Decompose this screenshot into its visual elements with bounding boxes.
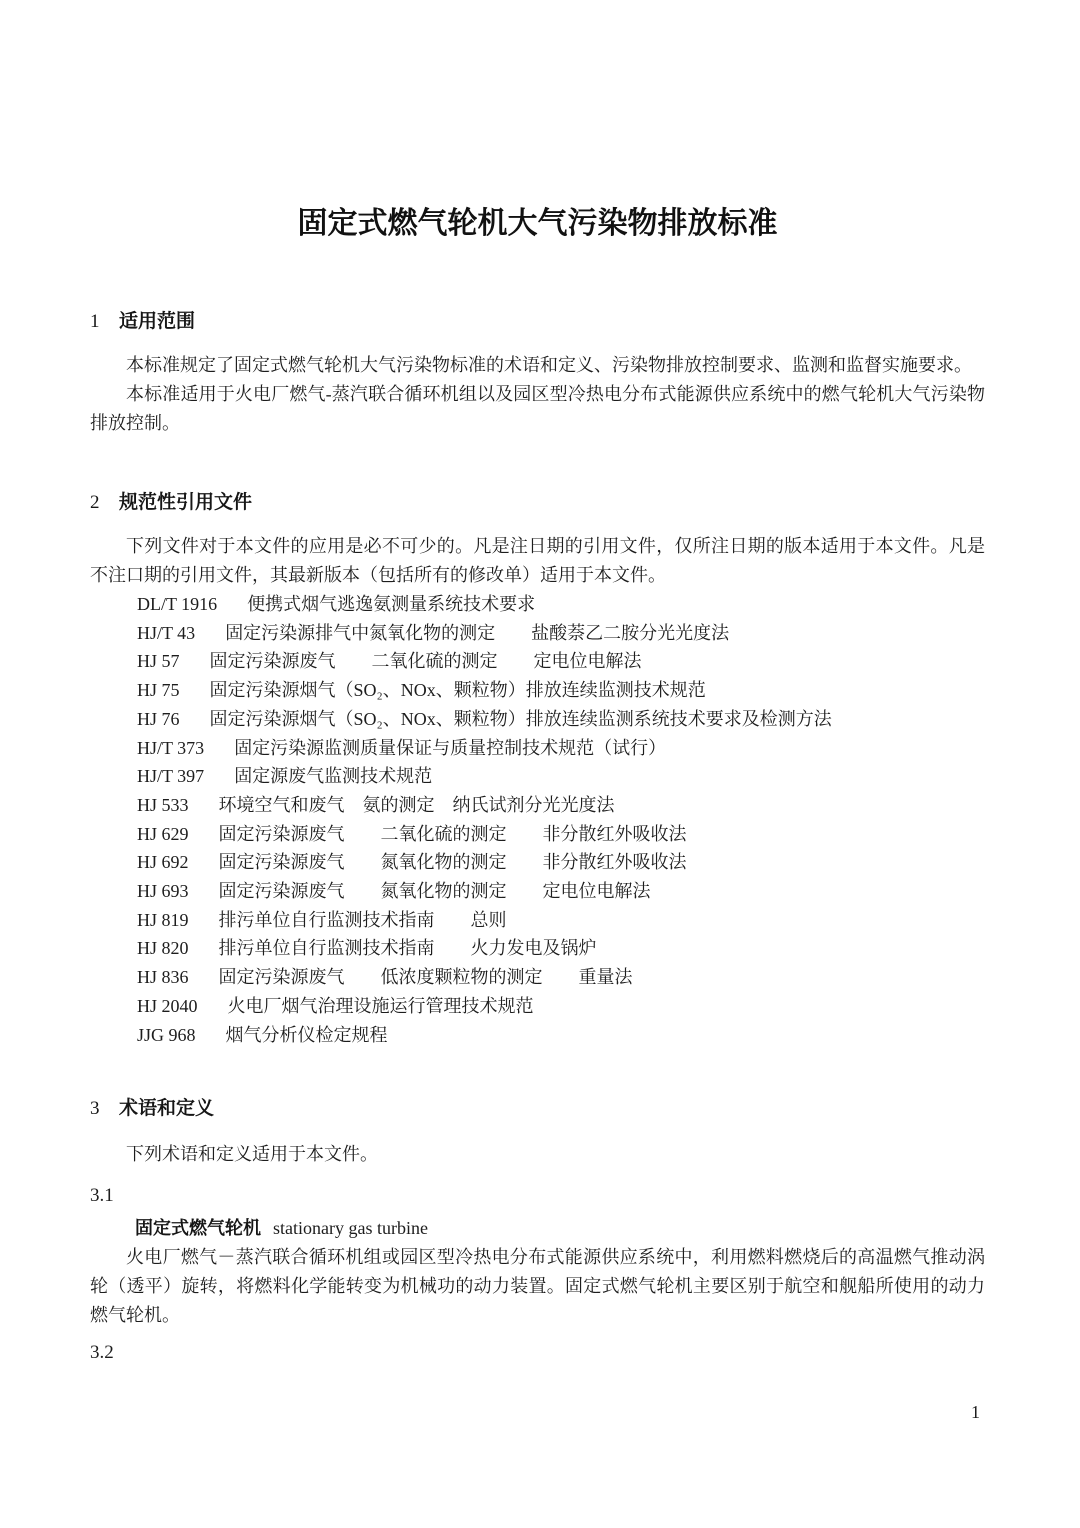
term-chinese: 固定式燃气轮机 [135,1218,261,1238]
reference-item: HJ 76固定污染源烟气（SO₂、NOx、颗粒物）排放连续监测系统技术要求及检测… [90,705,985,734]
reference-title: 固定污染源监测质量保证与质量控制技术规范（试行） [234,738,666,758]
section-1-number: 1 [90,309,102,335]
reference-title: 固定污染源废气 二氧化硫的测定 定电位电解法 [210,651,642,671]
section-3-intro: 下列术语和定义适用于本文件。 [90,1140,985,1169]
reference-item: HJ 2040火电厂烟气治理设施运行管理技术规范 [90,992,985,1021]
reference-code: HJ 57 [137,651,180,671]
reference-title: 固定源废气监测技术规范 [234,766,432,786]
reference-code: HJ 629 [137,824,189,844]
reference-code: HJ/T 43 [137,623,195,643]
reference-item: HJ/T 43固定污染源排气中氮氧化物的测定 盐酸萘乙二胺分光光度法 [90,619,985,648]
reference-code: HJ 2040 [137,996,198,1016]
section-1-paragraph-2: 本标准适用于火电厂燃气-蒸汽联合循环机组以及园区型冷热电分布式能源供应系统中的燃… [90,380,985,438]
reference-item: HJ 692固定污染源废气 氮氧化物的测定 非分散红外吸收法 [90,848,985,877]
term-english: stationary gas turbine [273,1218,428,1238]
reference-code: DL/T 1916 [137,594,217,614]
reference-code: HJ 692 [137,852,189,872]
reference-title: 便携式烟气逃逸氨测量系统技术要求 [247,594,535,614]
document-title: 固定式燃气轮机大气污染物排放标准 [90,205,985,243]
section-1-heading: 1 适用范围 [90,309,985,335]
clause-3-1-term: 固定式燃气轮机stationary gas turbine [90,1215,985,1241]
section-2-number: 2 [90,490,102,516]
reference-title: 固定污染源烟气（SO₂、NOx、颗粒物）排放连续监测技术规范 [210,680,706,700]
reference-item: DL/T 1916便携式烟气逃逸氨测量系统技术要求 [90,590,985,619]
reference-code: HJ 820 [137,938,189,958]
section-3-number: 3 [90,1096,102,1122]
reference-title: 烟气分析仪检定规程 [226,1025,388,1045]
reference-item: HJ 75固定污染源烟气（SO₂、NOx、颗粒物）排放连续监测技术规范 [90,676,985,705]
section-3-heading: 3 术语和定义 [90,1096,985,1122]
reference-item: JJG 968烟气分析仪检定规程 [90,1021,985,1050]
reference-item: HJ 819排污单位自行监测技术指南 总则 [90,906,985,935]
section-2-heading: 2 规范性引用文件 [90,490,985,516]
reference-code: HJ 819 [137,910,189,930]
reference-code: HJ/T 397 [137,766,204,786]
page-number: 1 [971,1400,980,1424]
reference-code: HJ 75 [137,680,180,700]
reference-item: HJ 57固定污染源废气 二氧化硫的测定 定电位电解法 [90,647,985,676]
clause-3-2-number: 3.2 [90,1340,985,1366]
reference-title: 固定污染源排气中氮氧化物的测定 盐酸萘乙二胺分光光度法 [225,623,729,643]
reference-code: HJ/T 373 [137,738,204,758]
reference-item: HJ 693固定污染源废气 氮氧化物的测定 定电位电解法 [90,877,985,906]
section-1-paragraph-1: 本标准规定了固定式燃气轮机大气污染物标准的术语和定义、污染物排放控制要求、监测和… [90,351,985,380]
reference-item: HJ 533环境空气和废气 氨的测定 纳氏试剂分光光度法 [90,791,985,820]
reference-item: HJ 836固定污染源废气 低浓度颗粒物的测定 重量法 [90,963,985,992]
section-2-title: 规范性引用文件 [119,490,252,516]
reference-title: 排污单位自行监测技术指南 总则 [219,910,507,930]
reference-code: HJ 533 [137,795,189,815]
reference-title: 固定污染源废气 氮氧化物的测定 非分散红外吸收法 [219,852,687,872]
reference-title: 排污单位自行监测技术指南 火力发电及锅炉 [219,938,597,958]
reference-title: 火电厂烟气治理设施运行管理技术规范 [228,996,534,1016]
reference-title: 固定污染源烟气（SO₂、NOx、颗粒物）排放连续监测系统技术要求及检测方法 [210,709,832,729]
clause-3-1-definition: 火电厂燃气－蒸汽联合循环机组或园区型冷热电分布式能源供应系统中，利用燃料燃烧后的… [90,1243,985,1330]
document-page: 固定式燃气轮机大气污染物排放标准 1 适用范围 本标准规定了固定式燃气轮机大气污… [0,0,1080,1528]
reference-code: JJG 968 [137,1025,196,1045]
reference-list: DL/T 1916便携式烟气逃逸氨测量系统技术要求 HJ/T 43固定污染源排气… [90,590,985,1049]
reference-item: HJ/T 373固定污染源监测质量保证与质量控制技术规范（试行） [90,734,985,763]
section-1-title: 适用范围 [119,309,195,335]
section-3-title: 术语和定义 [119,1096,214,1122]
reference-code: HJ 693 [137,881,189,901]
reference-title: 固定污染源废气 二氧化硫的测定 非分散红外吸收法 [219,824,687,844]
section-2-intro: 下列文件对于本文件的应用是必不可少的。凡是注日期的引用文件，仅所注日期的版本适用… [90,532,985,590]
reference-title: 环境空气和废气 氨的测定 纳氏试剂分光光度法 [219,795,615,815]
reference-title: 固定污染源废气 低浓度颗粒物的测定 重量法 [219,967,633,987]
clause-3-1-number: 3.1 [90,1183,985,1209]
reference-item: HJ/T 397固定源废气监测技术规范 [90,762,985,791]
reference-item: HJ 629固定污染源废气 二氧化硫的测定 非分散红外吸收法 [90,820,985,849]
reference-title: 固定污染源废气 氮氧化物的测定 定电位电解法 [219,881,651,901]
reference-code: HJ 836 [137,967,189,987]
reference-code: HJ 76 [137,709,180,729]
reference-item: HJ 820排污单位自行监测技术指南 火力发电及锅炉 [90,934,985,963]
